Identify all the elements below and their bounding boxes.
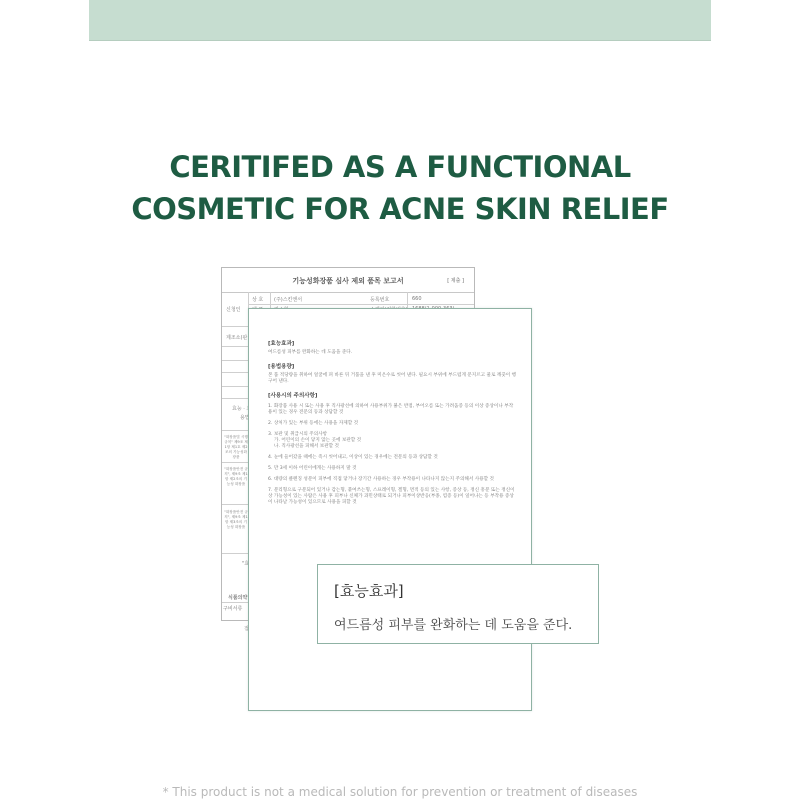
form-field: 등록번호	[370, 296, 389, 303]
form-label: 식품의약	[228, 594, 247, 601]
section-text: 본 품 적당량을 취하여 얼굴에 펴 바른 뒤 거품을 낸 후 미온수로 씻어 …	[268, 373, 517, 385]
form-note: "화장품법 시행규칙" 제9조 제1항 제1호 제2조의 기능성화장품	[224, 435, 248, 460]
form-label: 제조소(판	[226, 334, 247, 341]
top-color-band	[89, 0, 711, 41]
form-note: "화장품안전 규칙", 제9조 제1항 제2조의 기능성 화장품	[224, 467, 248, 487]
precaution-item: 5. 만 3세 이하 어린이에게는 사용하지 말 것	[268, 466, 517, 472]
precaution-item: 7. 분리형으로 구분되어 있거나 감는형, 붙여쓰는형, 스프레이형, 겔형,…	[268, 488, 517, 506]
form-label: 구비서류	[223, 605, 242, 612]
report-form-title: 기능성화장품 심사 제외 품목 보고서	[222, 276, 474, 286]
report-form-tag: [ 제출 ]	[447, 277, 464, 284]
section-title-usage: [용법용량]	[268, 364, 517, 370]
callout-text: 여드름성 피부를 완화하는 데 도움을 준다.	[334, 614, 572, 633]
efficacy-document: [효능효과] 여드름성 피부를 완화하는 데 도움을 준다. [용법용량] 본 …	[248, 308, 532, 711]
report-form-header: 기능성화장품 심사 제외 품목 보고서 [ 제출 ]	[222, 268, 474, 293]
headline-line-2: COSMETIC FOR ACNE SKIN RELIEF	[0, 188, 800, 230]
section-title-efficacy: [효능효과]	[268, 341, 517, 347]
form-value: (주)스킨앤서	[274, 296, 302, 303]
page-headline: CERITIFED AS A FUNCTIONAL COSMETIC FOR A…	[0, 146, 800, 230]
form-note: "화장품안전 규칙", 제9조 제1항 제3조의 기능성 화장품	[224, 510, 248, 530]
efficacy-callout: [효능효과] 여드름성 피부를 완화하는 데 도움을 준다.	[317, 564, 599, 644]
precaution-item: 4. 눈에 들어갔을 때에는 즉시 씻어내고, 이상이 있는 경우에는 전문의 …	[268, 455, 517, 461]
precaution-item: 6. 대량의 클렌징 성분이 피부에 직접 닿거나 장기간 사용하는 경우 부작…	[268, 477, 517, 483]
disclaimer-text: * This product is not a medical solution…	[0, 785, 800, 799]
form-value: 660	[412, 296, 422, 302]
form-field: 상 호	[252, 296, 263, 303]
section-title-precautions: [사용시의 주의사항]	[268, 393, 517, 399]
precaution-item: 1. 화장품 사용 시 또는 사용 후 직사광선에 의하여 사용부위가 붉은 반…	[268, 404, 517, 416]
precaution-item: 2. 상처가 있는 부위 등에는 사용을 자제할 것	[268, 421, 517, 427]
callout-title: [효능효과]	[334, 580, 404, 601]
section-text: 여드름성 피부를 완화하는 데 도움을 준다.	[268, 350, 517, 356]
headline-line-1: CERITIFED AS A FUNCTIONAL	[0, 146, 800, 188]
form-label: 신청인	[226, 306, 241, 313]
precaution-subitem: 나. 직사광선을 피해서 보관할 것	[268, 444, 517, 450]
